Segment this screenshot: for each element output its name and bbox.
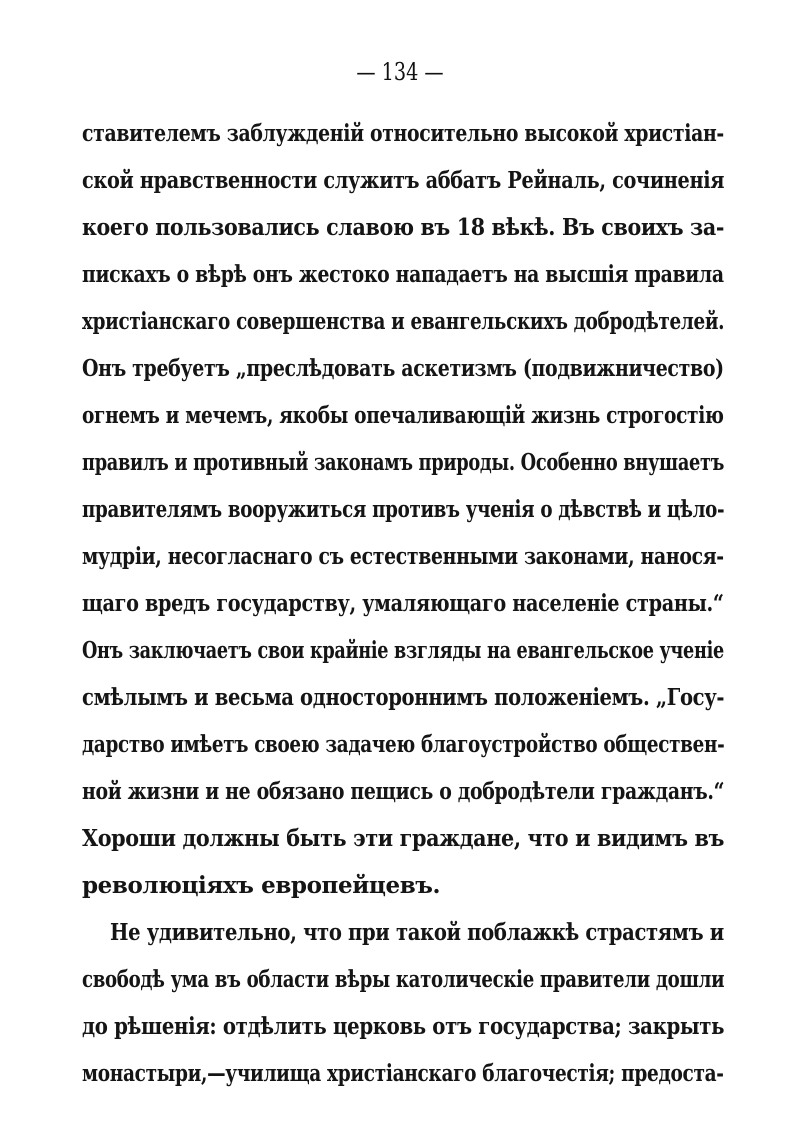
line-text: Хороши должны быть эти граждане, что и в…: [82, 825, 724, 852]
text-line: правителямъ вооружиться противъ ученія о…: [82, 496, 724, 536]
line-text: Не удивительно, что при такой поблажкѣ с…: [110, 919, 724, 946]
text-line: ной жизни и не обязано пещись о добродѣт…: [82, 778, 724, 818]
text-line: Онъ заключаетъ свои крайніе взгляды на е…: [82, 637, 724, 677]
text-line: щаго вредъ государству, умаляющаго насел…: [82, 590, 724, 630]
line-text: огнемъ и мечемъ, якобы опечаливающій жиз…: [82, 402, 724, 429]
text-line: Хороши должны быть эти граждане, что и в…: [82, 825, 724, 865]
text-line: революціяхъ европейцевъ.: [82, 872, 724, 912]
line-text: ской нравственности служитъ аббатъ Рейна…: [82, 167, 724, 194]
line-text: пискахъ о вѣрѣ онъ жестоко нападаетъ на …: [82, 261, 724, 288]
line-text: дарство имѣетъ своею задачею благоустрой…: [82, 731, 724, 758]
text-line: правилъ и противный законамъ природы. Ос…: [82, 449, 724, 489]
text-line: до рѣшенія: отдѣлить церковь отъ государ…: [82, 1013, 724, 1053]
line-text: свободѣ ума въ области вѣры католическіе…: [82, 966, 724, 993]
text-line: мудріи, несогласнаго съ естественными за…: [82, 543, 724, 583]
text-line: ской нравственности служитъ аббатъ Рейна…: [82, 167, 724, 207]
line-text: ной жизни и не обязано пещись о добродѣт…: [82, 778, 724, 805]
line-text: правителямъ вооружиться противъ ученія о…: [82, 496, 724, 523]
line-text: смѣлымъ и весьма одностороннимъ положені…: [82, 684, 724, 711]
text-line: ставителемъ заблужденій относительно выс…: [82, 120, 724, 160]
text-line: пискахъ о вѣрѣ онъ жестоко нападаетъ на …: [82, 261, 724, 301]
text-line: дарство имѣетъ своею задачею благоустрой…: [82, 731, 724, 771]
line-text: монастыри,—училища христіанскаго благоче…: [82, 1060, 724, 1087]
text-line: христіанскаго совершенства и евангельски…: [82, 308, 724, 348]
line-text: правилъ и противный законамъ природы. Ос…: [82, 449, 724, 476]
line-text: Онъ заключаетъ свои крайніе взгляды на е…: [82, 637, 724, 664]
line-text: мудріи, несогласнаго съ естественными за…: [82, 543, 724, 570]
line-text: Онъ требуетъ „преслѣдовать аскетизмъ (по…: [82, 355, 724, 382]
line-text: коего пользовались славою въ 18 вѣкѣ. Въ…: [82, 214, 724, 241]
line-text: ставителемъ заблужденій относительно выс…: [82, 120, 724, 147]
line-text: до рѣшенія: отдѣлить церковь отъ государ…: [82, 1013, 724, 1040]
text-line: огнемъ и мечемъ, якобы опечаливающій жиз…: [82, 402, 724, 442]
document-page: — 134 — ставителемъ заблужденій относите…: [0, 0, 800, 1135]
text-line: коего пользовались славою въ 18 вѣкѣ. Въ…: [82, 214, 724, 254]
text-line: свободѣ ума въ области вѣры католическіе…: [82, 966, 724, 1006]
line-text: щаго вредъ государству, умаляющаго насел…: [82, 590, 724, 617]
text-line: смѣлымъ и весьма одностороннимъ положені…: [82, 684, 724, 724]
text-line: Онъ требуетъ „преслѣдовать аскетизмъ (по…: [82, 355, 724, 395]
line-text: христіанскаго совершенства и евангельски…: [82, 308, 724, 335]
page-number: — 134 —: [80, 58, 720, 86]
text-line: монастыри,—училища христіанскаго благоче…: [82, 1060, 724, 1100]
paragraph-start-line: Не удивительно, что при такой поблажкѣ с…: [110, 919, 724, 959]
